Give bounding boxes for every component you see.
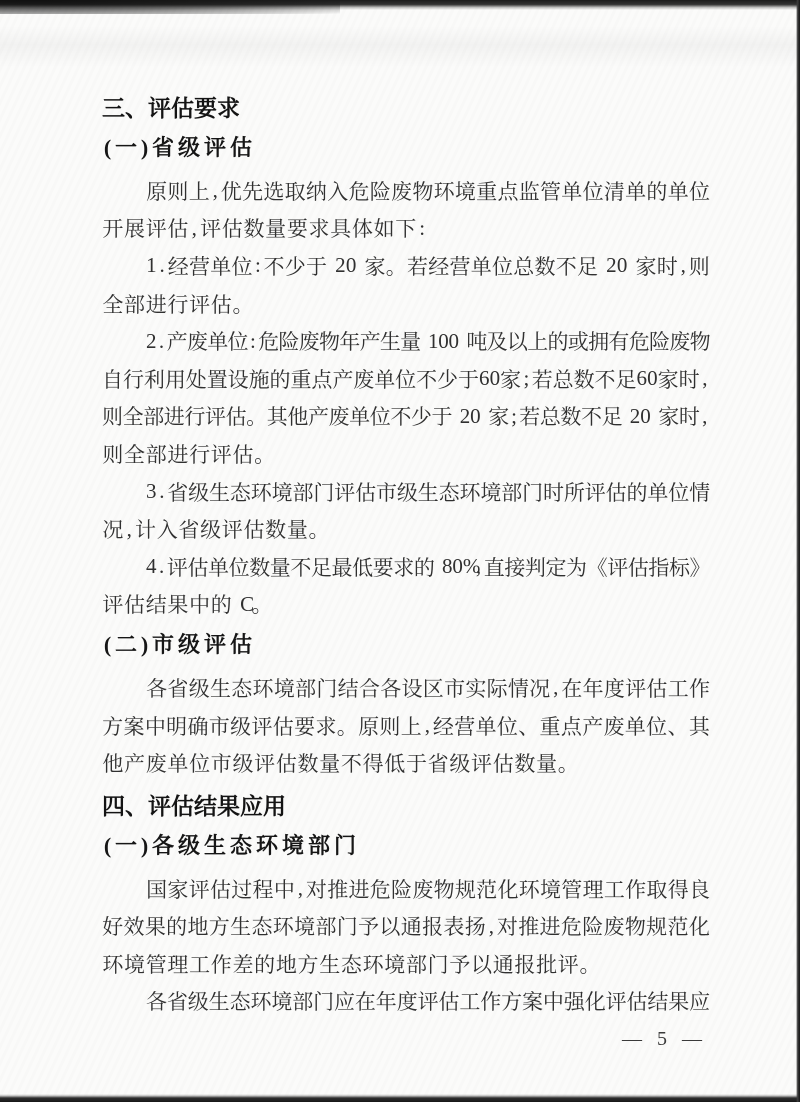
glyph: 果 (668, 986, 689, 1016)
text-line: 3.省级生态环境部门评估市级生态环境部门时所评估的单位情 (102, 473, 710, 511)
glyph: 应 (240, 790, 263, 824)
glyph: 入 (327, 176, 348, 206)
glyph: 境 (124, 949, 146, 979)
glyph: 评 (625, 673, 646, 703)
glyph: 全 (123, 401, 144, 431)
glyph: , (486, 914, 497, 939)
glyph: 单 (668, 176, 689, 206)
glyph: 则 (167, 176, 188, 206)
glyph: 0 (346, 253, 357, 278)
glyph: 8 (442, 554, 452, 579)
glyph: 应 (334, 986, 355, 1016)
glyph: 各 (146, 986, 167, 1016)
glyph: 产 (582, 711, 603, 741)
glyph: 数 (574, 364, 595, 394)
glyph: 。 (579, 949, 601, 979)
glyph: 单 (647, 477, 668, 507)
glyph: 他 (287, 401, 308, 431)
glyph: 量 (287, 514, 309, 544)
glyph: 生 (209, 986, 230, 1016)
glyph: 评 (102, 589, 124, 619)
glyph: 物 (433, 874, 454, 904)
glyph: , (295, 876, 306, 901)
glyph: 行 (189, 439, 211, 469)
glyph: 报 (422, 911, 443, 941)
glyph: 用 (165, 364, 186, 394)
glyph: 家 (658, 401, 679, 431)
glyph: 二 (113, 627, 139, 663)
text-line: 全部进行评估。 (102, 285, 710, 323)
glyph: 若 (407, 251, 428, 281)
glyph: 区 (423, 673, 444, 703)
glyph: 态 (251, 911, 272, 941)
glyph: 则 (689, 251, 710, 281)
glyph: 范 (667, 911, 688, 941)
glyph: 生 (210, 673, 231, 703)
glyph: 时 (657, 251, 678, 281)
glyph: 评 (148, 92, 171, 126)
glyph: 评 (585, 477, 606, 507)
glyph: 总 (540, 401, 561, 431)
glyph: 低 (384, 748, 406, 778)
glyph: 位 (689, 176, 710, 206)
glyph: 标 (669, 552, 690, 582)
glyph: 表 (443, 911, 464, 941)
glyph: 2 (335, 253, 346, 278)
glyph: 态 (230, 477, 251, 507)
glyph: 工 (459, 986, 480, 1016)
glyph: 点 (561, 711, 582, 741)
text-line: 原则上,优先选取纳入危险废物环境重点监管单位清单的单位 (102, 172, 710, 210)
glyph (628, 253, 636, 278)
glyph: 省 (167, 986, 188, 1016)
glyph: ( (102, 627, 113, 663)
glyph: 单 (561, 176, 582, 206)
glyph: 行 (184, 401, 205, 431)
glyph: 案 (123, 711, 144, 741)
glyph: 方 (209, 911, 230, 941)
glyph: 足 (602, 401, 623, 431)
glyph: 扬 (465, 911, 486, 941)
text-line: 1.经营单位:不少于 20 家。若经营单位总数不足 20 家时,则 (102, 247, 710, 285)
glyph: 危 (370, 874, 391, 904)
glyph: 于 (458, 364, 479, 394)
glyph: 险 (649, 326, 669, 356)
glyph: 则 (379, 711, 400, 741)
paragraph: 1.经营单位:不少于 20 家。若经营单位总数不足 20 家时,则全部进行评估。 (102, 247, 710, 322)
glyph: 数 (297, 748, 319, 778)
glyph: 年 (339, 326, 359, 356)
text-line: 各省级生态环境部门结合各设区市实际情况,在年度评估工作 (102, 669, 710, 707)
glyph: ; (509, 404, 519, 429)
glyph: 吨 (466, 326, 486, 356)
glyph: 不 (416, 364, 437, 394)
text-line: 好效果的地方生态环境部门予以通报表扬,对推进危险废物规范化 (102, 908, 710, 946)
glyph: 生 (319, 949, 341, 979)
glyph: 最 (332, 552, 353, 582)
glyph: 位 (492, 251, 513, 281)
glyph: 单 (208, 552, 229, 582)
glyph: 估 (124, 589, 146, 619)
glyph: 废 (391, 176, 412, 206)
glyph: 评 (205, 401, 226, 431)
glyph: 评 (606, 986, 627, 1016)
glyph: 估 (606, 477, 627, 507)
glyph: 估 (646, 673, 667, 703)
glyph: 危 (348, 176, 369, 206)
glyph: 原 (358, 711, 379, 741)
glyph: 产 (332, 364, 353, 394)
glyph: 以 (471, 949, 493, 979)
glyph: 置 (207, 364, 228, 394)
glyph: 废 (187, 326, 207, 356)
glyph: 下 (395, 213, 417, 243)
glyph: 于 (432, 401, 453, 431)
glyph: 《 (587, 552, 608, 582)
glyph: 足 (615, 364, 636, 394)
glyph: 取 (284, 176, 305, 206)
glyph: 作 (625, 874, 646, 904)
glyph: 废 (412, 874, 433, 904)
glyph: 差 (232, 949, 254, 979)
glyph: 数 (249, 552, 270, 582)
glyph: 取 (646, 874, 667, 904)
glyph: 态 (230, 986, 251, 1016)
glyph: 作 (689, 673, 710, 703)
glyph: 营 (454, 711, 475, 741)
glyph: 境 (384, 949, 406, 979)
glyph: 级 (176, 130, 202, 166)
glyph: 3 (146, 479, 157, 504)
glyph: 的 (254, 949, 276, 979)
glyph: 危 (258, 326, 278, 356)
glyph: 指 (648, 552, 669, 582)
glyph: 应 (689, 986, 710, 1016)
glyph: 定 (545, 552, 566, 582)
glyph: 予 (449, 949, 471, 979)
glyph: 或 (568, 326, 588, 356)
glyph: 求 (393, 552, 414, 582)
glyph: 进 (348, 874, 369, 904)
glyph: 估 (492, 748, 514, 778)
glyph: 不 (341, 748, 363, 778)
glyph: 险 (370, 176, 391, 206)
glyph: 估 (355, 477, 376, 507)
glyph: 四 (102, 790, 125, 824)
glyph: 废 (669, 326, 689, 356)
glyph: 的 (210, 589, 232, 619)
glyph: 监 (519, 176, 540, 206)
glyph: 级 (200, 514, 222, 544)
glyph: 数 (560, 401, 581, 431)
glyph: 评 (471, 748, 493, 778)
glyph: 设 (401, 673, 422, 703)
glyph: 境 (540, 874, 561, 904)
glyph: 估 (171, 92, 194, 126)
glyph: 门 (427, 949, 449, 979)
glyph: 不 (263, 251, 284, 281)
glyph: 单 (167, 748, 189, 778)
glyph: 经 (428, 251, 449, 281)
glyph: 部 (315, 911, 336, 941)
glyph: 单 (625, 711, 646, 741)
glyph: 环 (250, 986, 271, 1016)
glyph: 境 (294, 911, 315, 941)
glyph: 0 (449, 329, 459, 354)
glyph: 以 (507, 326, 527, 356)
glyph: 物 (625, 911, 646, 941)
glyph: 原 (146, 176, 167, 206)
glyph: 废 (603, 911, 624, 941)
glyph: 态 (231, 673, 252, 703)
glyph: 接 (504, 552, 525, 582)
glyph: 中 (145, 711, 166, 741)
glyph: 6 (479, 366, 490, 391)
glyph: 作 (480, 986, 501, 1016)
glyph: 产 (124, 748, 146, 778)
glyph: , (700, 366, 711, 391)
glyph: 门 (313, 477, 334, 507)
glyph: 求 (315, 711, 336, 741)
glyph (327, 253, 335, 278)
glyph: 批 (536, 949, 558, 979)
glyph: 报 (514, 949, 536, 979)
glyph: 及 (487, 326, 507, 356)
glyph: 1 (146, 253, 157, 278)
glyph: % (463, 554, 473, 579)
text-line: 自行利用处置设施的重点产废单位不少于60家;若总数不足60家时, (102, 360, 710, 398)
glyph: 位 (189, 748, 211, 778)
glyph: 经 (433, 711, 454, 741)
glyph: 三 (102, 92, 125, 126)
glyph: 的 (270, 364, 291, 394)
glyph: 市 (376, 477, 397, 507)
glyph: 级 (176, 627, 202, 663)
glyph: 际 (487, 673, 508, 703)
glyph: 环 (519, 874, 540, 904)
glyph: 单 (374, 364, 395, 394)
glyph: 门 (522, 477, 543, 507)
glyph: 合 (359, 673, 380, 703)
glyph: 其 (267, 401, 288, 431)
glyph: 险 (582, 911, 603, 941)
glyph: 地 (187, 911, 208, 941)
glyph: 若 (532, 364, 553, 394)
glyph: 部 (501, 477, 522, 507)
glyph: 态 (228, 828, 254, 864)
glyph: 对 (497, 911, 518, 941)
glyph: 家 (364, 251, 385, 281)
glyph: 况 (529, 673, 550, 703)
glyph: 结 (194, 790, 217, 824)
glyph: 拥 (588, 326, 608, 356)
glyph: 中 (189, 589, 211, 619)
text-line: 环境管理工作差的地方生态环境部门予以通报批评。 (102, 945, 710, 983)
glyph: 各 (146, 673, 167, 703)
paragraph: 各省级生态环境部门结合各设区市实际情况,在年度评估工作方案中明确市级评估要求。原… (102, 669, 710, 782)
glyph: 环 (362, 949, 384, 979)
glyph: 估 (228, 627, 254, 663)
glyph: 化 (689, 911, 710, 941)
section-heading: 三、评估要求 (102, 92, 710, 126)
glyph: 不 (556, 251, 577, 281)
glyph: 物 (690, 326, 710, 356)
glyph: 境 (274, 673, 295, 703)
glyph: 废 (145, 748, 167, 778)
glyph: 、 (125, 92, 148, 126)
glyph (459, 329, 466, 354)
glyph: 废 (353, 364, 374, 394)
glyph: 要 (194, 92, 217, 126)
glyph: 。 (557, 748, 579, 778)
glyph: , (678, 253, 689, 278)
glyph: 果 (217, 790, 240, 824)
page-number: — 5 — (622, 1028, 707, 1051)
glyph: 于 (306, 251, 327, 281)
glyph: 部 (295, 673, 316, 703)
glyph: 生 (418, 477, 439, 507)
glyph: 。 (251, 589, 273, 619)
glyph: , (210, 178, 221, 203)
glyph: 废 (603, 711, 624, 741)
glyph: 良 (689, 874, 710, 904)
glyph: 生 (230, 911, 251, 941)
glyph: 市 (444, 673, 465, 703)
glyph: 通 (401, 911, 422, 941)
glyph: 6 (636, 366, 647, 391)
glyph: 评 (210, 439, 232, 469)
glyph: 规 (646, 911, 667, 941)
glyph: 的 (548, 326, 568, 356)
glyph: 上 (527, 326, 547, 356)
glyph: 国 (146, 874, 167, 904)
glyph: 自 (102, 364, 123, 394)
glyph (622, 404, 630, 429)
glyph: 物 (412, 176, 433, 206)
glyph: 案 (522, 986, 543, 1016)
glyph: 0 (452, 554, 462, 579)
glyph: 行 (123, 364, 144, 394)
glyph: 点 (497, 176, 518, 206)
glyph: 。 (254, 439, 276, 469)
glyph: 具 (330, 213, 352, 243)
glyph: 要 (294, 711, 315, 741)
glyph: 家 (635, 251, 656, 281)
glyph: 估 (210, 874, 231, 904)
glyph: 量 (536, 748, 558, 778)
glyph: 门 (337, 911, 358, 941)
glyph: 营 (189, 251, 210, 281)
glyph: 量 (270, 552, 291, 582)
glyph: 数 (243, 213, 265, 243)
glyph: 4 (146, 554, 156, 579)
glyph: 经 (168, 251, 189, 281)
glyph: 估 (276, 748, 298, 778)
glyph: 进 (539, 911, 560, 941)
glyph: 结 (647, 986, 668, 1016)
glyph: 单 (210, 251, 231, 281)
glyph: 单 (349, 401, 370, 431)
subsection-heading: (一)省级评估 (102, 130, 710, 166)
glyph: 用 (263, 790, 286, 824)
glyph: 危 (561, 911, 582, 941)
glyph: 废 (299, 326, 319, 356)
glyph: 门 (313, 986, 334, 1016)
glyph: 。 (246, 401, 267, 431)
glyph: 。 (337, 711, 358, 741)
glyph: 态 (341, 949, 363, 979)
glyph: 上 (401, 711, 422, 741)
glyph: 展 (124, 213, 146, 243)
glyph: 少 (411, 401, 432, 431)
glyph: 级 (188, 986, 209, 1016)
glyph: 以 (379, 911, 400, 941)
glyph: 环 (252, 673, 273, 703)
glyph: , (550, 675, 561, 700)
glyph: 级 (188, 477, 209, 507)
paragraph: 2.产废单位:危险废物年产生量 100 吨及以上的或拥有危险废物自行利用处置设施… (102, 322, 710, 472)
glyph: 位 (231, 251, 252, 281)
document-page: 三、评估要求(一)省级评估原则上,优先选取纳入危险废物环境重点监管单位清单的单位… (0, 0, 800, 1102)
glyph: 设 (228, 364, 249, 394)
glyph: 量 (265, 213, 287, 243)
glyph: 开 (102, 213, 124, 243)
glyph: 对 (306, 874, 327, 904)
glyph: 评 (221, 514, 243, 544)
glyph: 评 (145, 213, 167, 243)
glyph: 估 (171, 790, 194, 824)
glyph: 果 (145, 911, 166, 941)
glyph: 范 (476, 874, 497, 904)
glyph: 2 (460, 404, 470, 429)
text-line: 开展评估,评估数量要求具体如下: (102, 210, 710, 248)
glyph: 确 (187, 711, 208, 741)
glyph: 重 (290, 364, 311, 394)
glyph: 险 (391, 874, 412, 904)
glyph: 市 (209, 711, 230, 741)
glyph: 况 (102, 514, 124, 544)
glyph: 一 (113, 130, 139, 166)
glyph: ) (139, 828, 150, 864)
glyph: 在 (355, 986, 376, 1016)
glyph: 环 (254, 828, 280, 864)
glyph: 估 (626, 986, 647, 1016)
glyph: 数 (514, 748, 536, 778)
glyph: 的 (626, 477, 647, 507)
glyph: 生 (380, 326, 400, 356)
glyph: 工 (668, 673, 689, 703)
glyph: 度 (397, 986, 418, 1016)
document-content: 三、评估要求(一)省级评估原则上,优先选取纳入危险废物环境重点监管单位清单的单位… (0, 0, 800, 1020)
paragraph: 各省级生态环境部门应在年度评估工作方案中强化评估结果应 (102, 983, 710, 1021)
glyph: 的 (166, 911, 187, 941)
glyph: 评 (607, 552, 628, 582)
glyph: 情 (689, 477, 710, 507)
glyph: 所 (564, 477, 585, 507)
glyph: 清 (604, 176, 625, 206)
glyph: 施 (249, 364, 270, 394)
glyph: 效 (123, 911, 144, 941)
glyph: 估 (187, 552, 208, 582)
glyph: 省 (150, 130, 176, 166)
glyph: 境 (480, 477, 501, 507)
glyph: 评 (202, 627, 228, 663)
glyph: ) (139, 130, 150, 166)
glyph: 工 (189, 949, 211, 979)
glyph: 行 (167, 289, 189, 319)
glyph: 总 (553, 364, 574, 394)
text-line: 他产废单位市级评估数量不得低于省级评估数量。 (102, 744, 710, 782)
